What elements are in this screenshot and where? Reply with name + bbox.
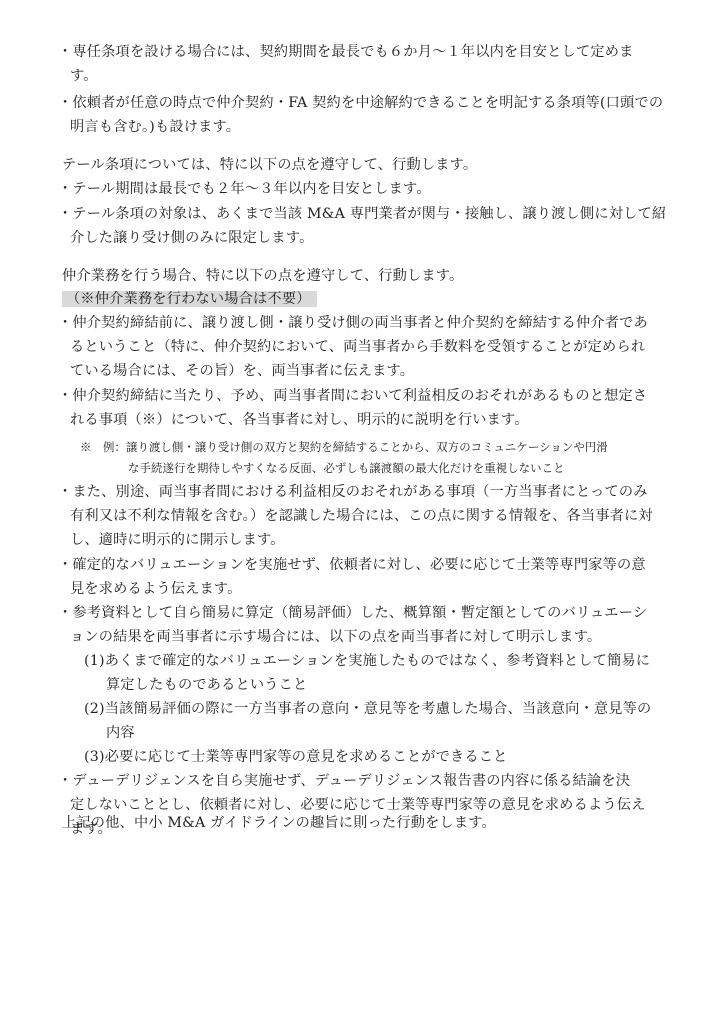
- example-note: ※ 例：譲り渡し側・譲り受け側の双方と契約を締結することから、双方のコミュニケー…: [80, 437, 608, 457]
- document-page: ・専任条項を設ける場合には、契約期間を最長でも６か月〜１年以内を目安として定めま…: [0, 0, 725, 1024]
- bullet-text: 有利又は不利な情報を含む。）を認識した場合には、この点に関する情報を、各当事者に…: [70, 506, 653, 526]
- bullet-text: ・デューデリジェンスを自ら実施せず、デューデリジェンス報告書の内容に係る結論を決: [58, 771, 630, 791]
- bullet-text: ・テール条項の対象は、あくまで当該 M&A 専門業者が関与・接触し、譲り渡し側に…: [58, 204, 666, 224]
- bullet-text: ている場合には、その旨）を、両当事者に伝えます。: [70, 361, 414, 381]
- bullet-text: ・また、別途、両当事者間における利益相反のおそれがある事項（一方当事者にとっての…: [58, 482, 648, 502]
- sub-item-text: (3)必要に応じて士業等専門家等の意見を求めることができること: [84, 747, 508, 767]
- bullet-text: ・仲介契約締結前に、譲り渡し側・譲り受け側の両当事者と仲介契約を締結する仲介者で…: [58, 313, 648, 333]
- closing-statement: 上記の他、中小 M&A ガイドラインの趣旨に則った行動をします。: [62, 813, 496, 833]
- bullet-text: ・専任条項を設ける場合には、契約期間を最長でも６か月〜１年以内を目安として定めま: [58, 42, 634, 62]
- sub-item-text: (2)当該簡易評価の際に一方当事者の意向・意見等を考慮した場合、当該意向・意見等…: [84, 699, 651, 719]
- bullet-text: ョンの結果を両当事者に示す場合には、以下の点を両当事者に対して明示します。: [70, 627, 601, 647]
- section-intro: テール条項については、特に以下の点を遵守して、行動します。: [62, 155, 477, 175]
- bullet-text: し、適時に明示的に開示します。: [70, 530, 285, 550]
- sub-item-text: 内容: [106, 723, 135, 743]
- example-note: な手続遂行を期待しやすくなる反面、必ずしも譲渡額の最大化だけを重視しないこと: [128, 458, 565, 478]
- bullet-text: 介した譲り受け側のみに限定します。: [70, 228, 313, 248]
- bullet-text: 定しないこととし、依頼者に対し、必要に応じて士業等専門家等の意見を求めるよう伝え: [70, 795, 646, 815]
- bullet-text: 明言も含む。)も設けます。: [70, 117, 240, 137]
- bullet-text: ・仲介契約締結に当たり、予め、両当事者間において利益相反のおそれがあるものと想定…: [58, 386, 647, 406]
- sub-item-text: 算定したものであるということ: [106, 675, 307, 695]
- highlight-note-text: （※仲介業務を行わない場合は不要）: [62, 291, 317, 307]
- highlight-note: （※仲介業務を行わない場合は不要）: [62, 289, 317, 309]
- bullet-text: ・確定的なバリュエーションを実施せず、依頼者に対し、必要に応じて士業等専門家等の…: [58, 555, 646, 575]
- bullet-text: るということ（特に、仲介契約において、両当事者から手数料を受領することが定められ: [70, 337, 645, 357]
- sub-item-text: (1)あくまで確定的なバリュエーションを実施したものではなく、参考資料として簡易…: [84, 651, 650, 671]
- bullet-text: ・テール期間は最長でも２年〜３年以内を目安とします。: [58, 179, 431, 199]
- bullet-text: す。: [70, 66, 98, 86]
- bullet-text: ・参考資料として自ら簡易に算定（簡易評価）した、概算額・暫定額としてのバリュエー…: [58, 603, 647, 623]
- bullet-text: ・依頼者が任意の時点で仲介契約・FA 契約を中途解約できることを明記する条項等(…: [58, 93, 663, 113]
- bullet-text: れる事項（※）について、各当事者に対し、明示的に説明を行います。: [70, 410, 529, 430]
- section-intro: 仲介業務を行う場合、特に以下の点を遵守して、行動します。: [62, 266, 463, 286]
- bullet-text: 見を求めるよう伝えます。: [70, 579, 242, 599]
